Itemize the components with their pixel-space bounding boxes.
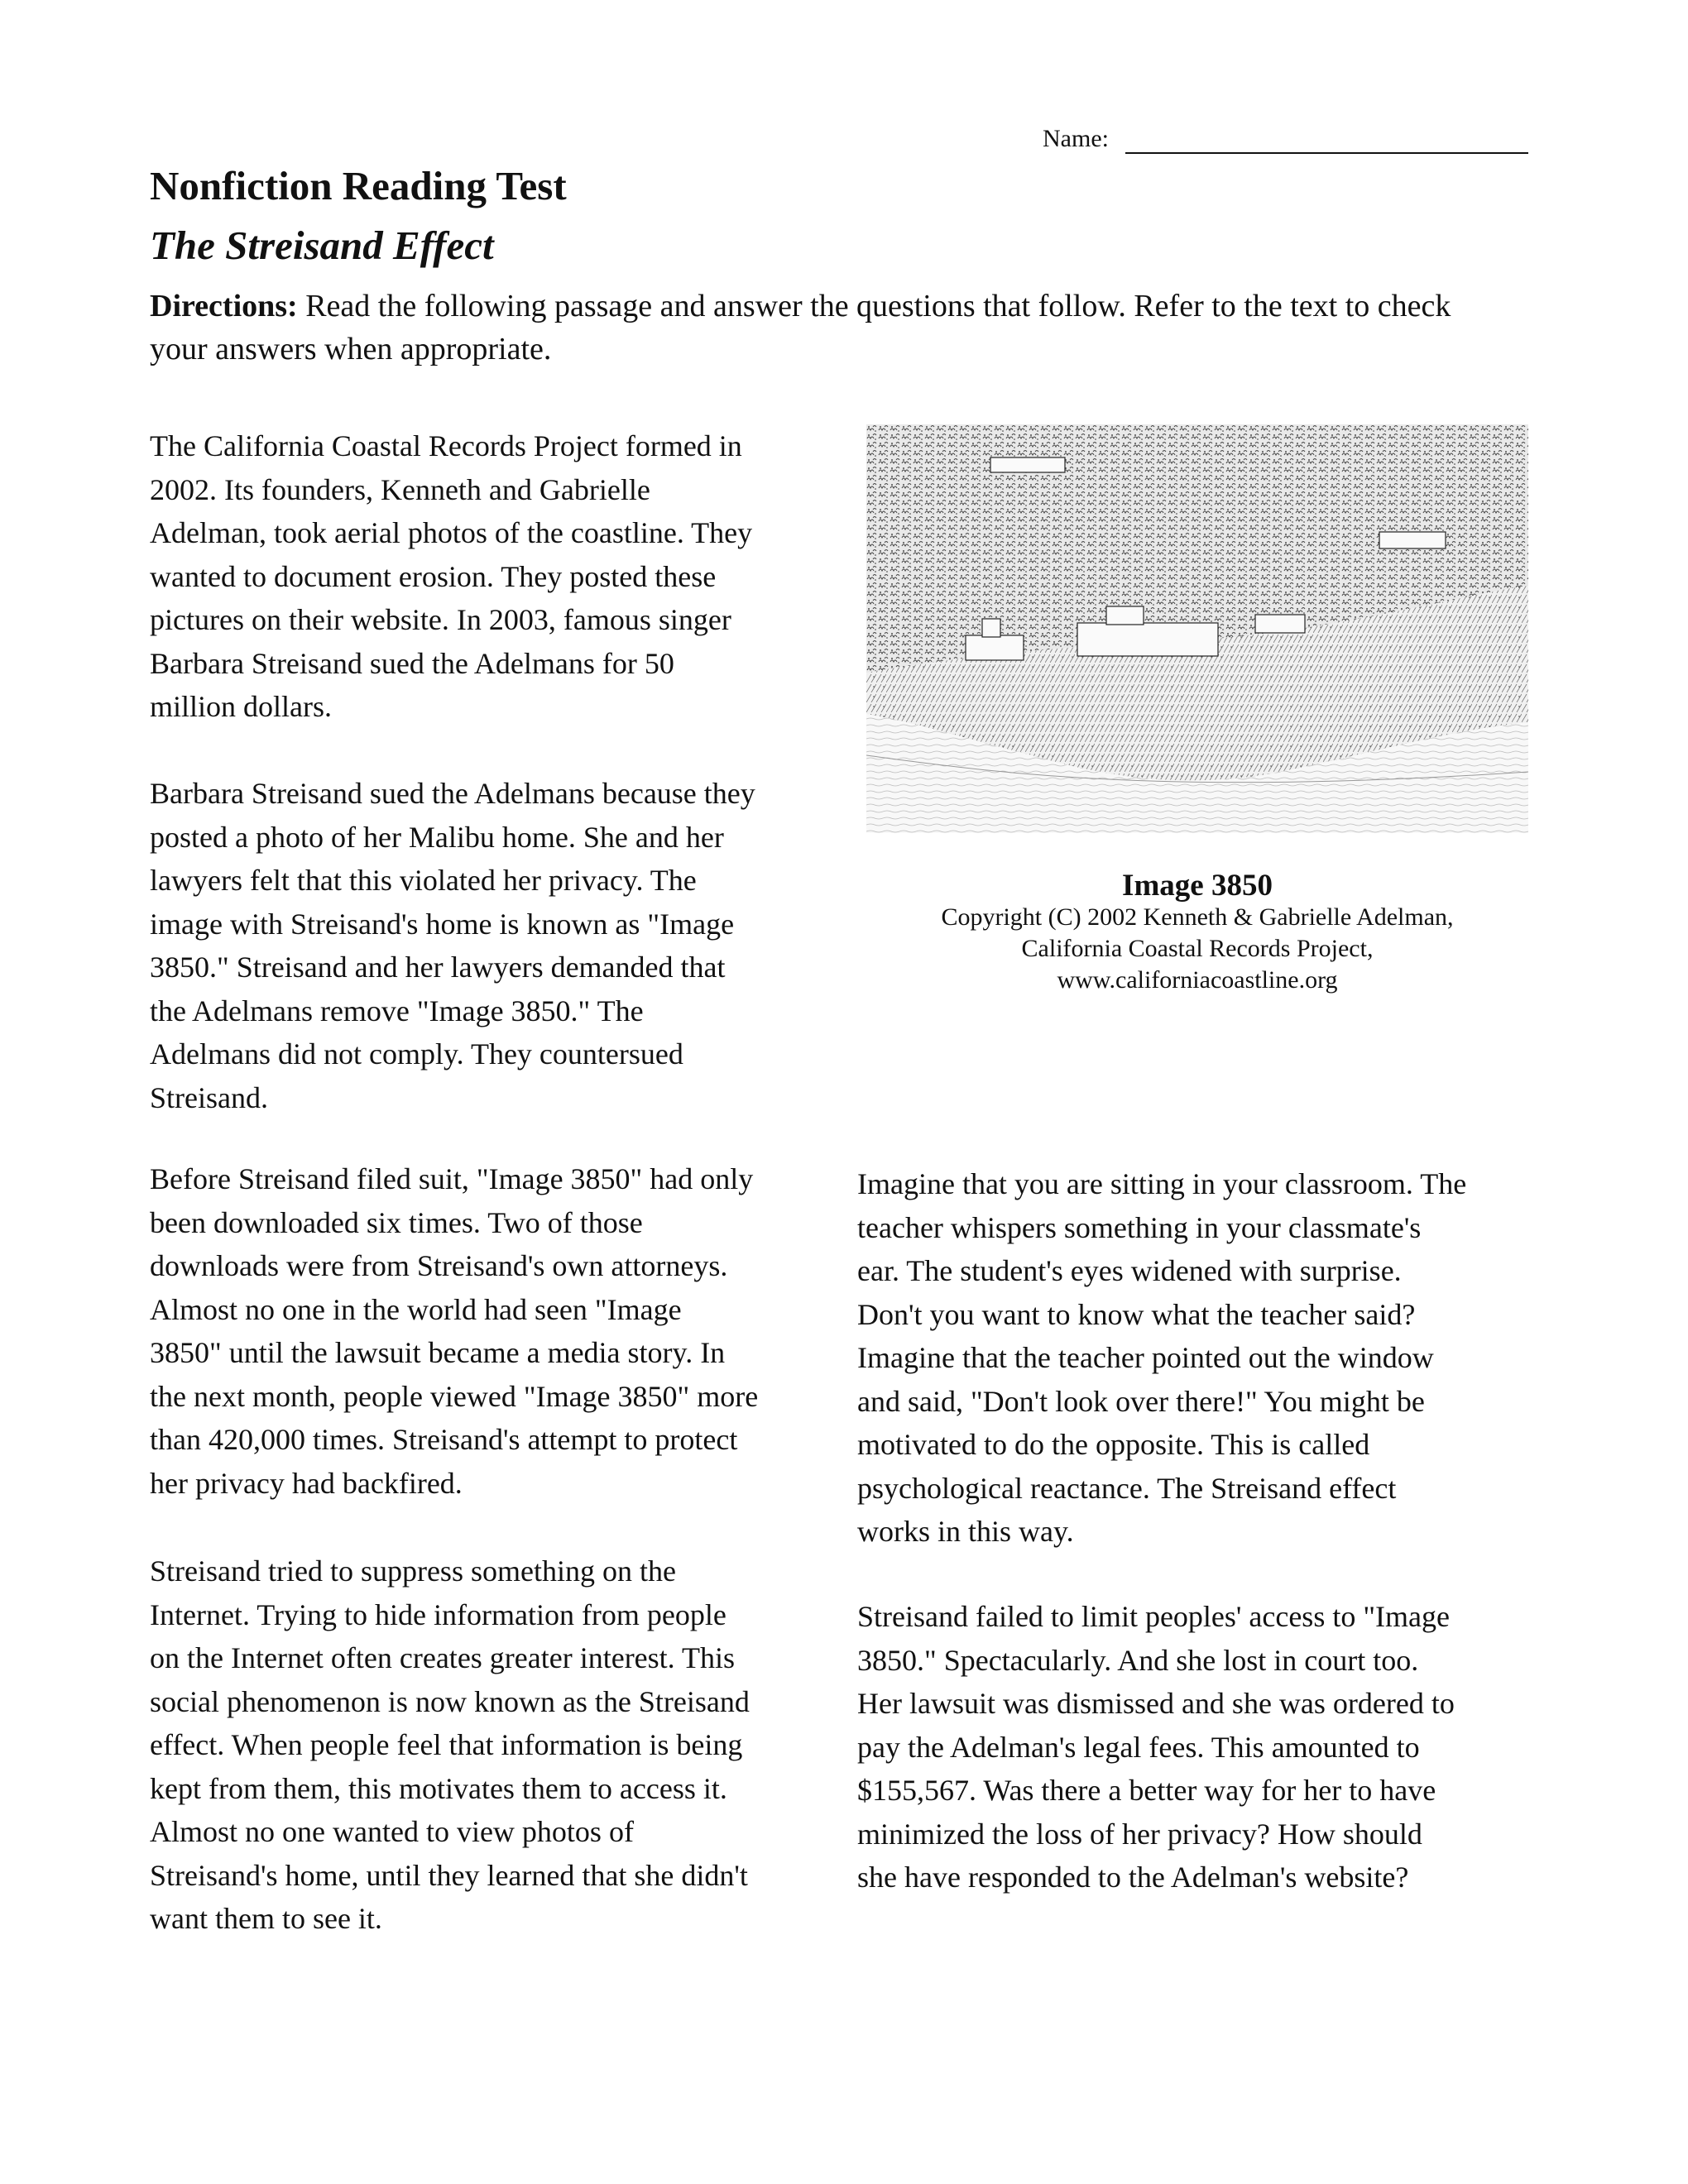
figure-caption-title: Image 3850 xyxy=(866,868,1528,904)
text-line: The California Coastal Records Project f… xyxy=(150,424,752,468)
text-line: her privacy had backfired. xyxy=(150,1462,758,1506)
text-line: motivated to do the opposite. This is ca… xyxy=(857,1423,1466,1467)
text-line: been downloaded six times. Two of those xyxy=(150,1201,758,1245)
text-line: psychological reactance. The Streisand e… xyxy=(857,1467,1466,1511)
text-line: Internet. Trying to hide information fro… xyxy=(150,1593,750,1637)
text-line: downloads were from Streisand's own atto… xyxy=(150,1244,758,1288)
text-line: Almost no one in the world had seen "Ima… xyxy=(150,1288,758,1332)
text-line: Adelmans did not comply. They countersue… xyxy=(150,1032,755,1076)
directions-label: Directions: xyxy=(150,289,298,323)
text-line: Streisand tried to suppress something on… xyxy=(150,1549,750,1593)
text-line: image with Streisand's home is known as … xyxy=(150,903,755,946)
text-line: Adelman, took aerial photos of the coast… xyxy=(150,511,752,555)
text-line: than 420,000 times. Streisand's attempt … xyxy=(150,1418,758,1462)
text-line: posted a photo of her Malibu home. She a… xyxy=(150,816,755,860)
text-line: ear. The student's eyes widened with sur… xyxy=(857,1249,1466,1293)
text-line: 3850." Streisand and her lawyers demande… xyxy=(150,946,755,989)
text-line: and said, "Don't look over there!" You m… xyxy=(857,1380,1466,1424)
text-line: kept from them, this motivates them to a… xyxy=(150,1767,750,1811)
directions: Directions: Read the following passage a… xyxy=(150,285,1507,371)
text-line: 3850." Spectacularly. And she lost in co… xyxy=(857,1639,1455,1683)
text-line: minimized the loss of her privacy? How s… xyxy=(857,1813,1455,1856)
text-line: pictures on their website. In 2003, famo… xyxy=(150,598,752,642)
text-line: Imagine that the teacher pointed out the… xyxy=(857,1336,1466,1380)
text-line: Barbara Streisand sued the Adelmans for … xyxy=(150,642,752,686)
text-line: lawyers felt that this violated her priv… xyxy=(150,859,755,903)
aerial-coastline-sketch-icon xyxy=(866,424,1528,833)
paragraph-5: Imagine that you are sitting in your cla… xyxy=(857,1162,1466,1554)
text-line: 3850" until the lawsuit became a media s… xyxy=(150,1331,758,1375)
name-blank-line xyxy=(1125,152,1528,154)
paragraph-2: Barbara Streisand sued the Adelmans beca… xyxy=(150,772,755,1119)
paragraph-3: Before Streisand filed suit, "Image 3850… xyxy=(150,1157,758,1505)
paragraph-4: Streisand tried to suppress something on… xyxy=(150,1549,750,1941)
text-line: $155,567. Was there a better way for her… xyxy=(857,1769,1455,1813)
text-line: pay the Adelman's legal fees. This amoun… xyxy=(857,1726,1455,1770)
paragraph-1: The California Coastal Records Project f… xyxy=(150,424,752,729)
text-line: works in this way. xyxy=(857,1510,1466,1554)
page-subtitle: The Streisand Effect xyxy=(150,221,494,271)
figure-credit-line: California Coastal Records Project, xyxy=(866,933,1528,965)
text-line: Streisand. xyxy=(150,1076,755,1120)
text-line: Almost no one wanted to view photos of xyxy=(150,1810,750,1854)
figure-credit-line: Copyright (C) 2002 Kenneth & Gabrielle A… xyxy=(866,902,1528,933)
page-title: Nonfiction Reading Test xyxy=(150,161,567,211)
text-line: on the Internet often creates greater in… xyxy=(150,1636,750,1680)
name-label: Name: xyxy=(1043,124,1109,154)
text-line: Imagine that you are sitting in your cla… xyxy=(857,1162,1466,1206)
text-line: Streisand's home, until they learned tha… xyxy=(150,1854,750,1898)
text-line: Her lawsuit was dismissed and she was or… xyxy=(857,1682,1455,1726)
text-line: effect. When people feel that informatio… xyxy=(150,1723,750,1767)
text-line: she have responded to the Adelman's webs… xyxy=(857,1856,1455,1899)
directions-text: Read the following passage and answer th… xyxy=(150,289,1451,366)
text-line: the next month, people viewed "Image 385… xyxy=(150,1375,758,1419)
text-line: million dollars. xyxy=(150,685,752,729)
text-line: teacher whispers something in your class… xyxy=(857,1206,1466,1250)
text-line: Don't you want to know what the teacher … xyxy=(857,1293,1466,1337)
text-line: the Adelmans remove "Image 3850." The xyxy=(150,989,755,1033)
text-line: social phenomenon is now known as the St… xyxy=(150,1680,750,1724)
text-line: wanted to document erosion. They posted … xyxy=(150,555,752,599)
text-line: Before Streisand filed suit, "Image 3850… xyxy=(150,1157,758,1201)
text-line: Streisand failed to limit peoples' acces… xyxy=(857,1595,1455,1639)
text-line: Barbara Streisand sued the Adelmans beca… xyxy=(150,772,755,816)
paragraph-6: Streisand failed to limit peoples' acces… xyxy=(857,1595,1455,1899)
aerial-photo-image-3850 xyxy=(866,424,1528,833)
figure-credit-url: www.californiacoastline.org xyxy=(866,965,1528,996)
text-line: 2002. Its founders, Kenneth and Gabriell… xyxy=(150,468,752,512)
text-line: want them to see it. xyxy=(150,1897,750,1941)
